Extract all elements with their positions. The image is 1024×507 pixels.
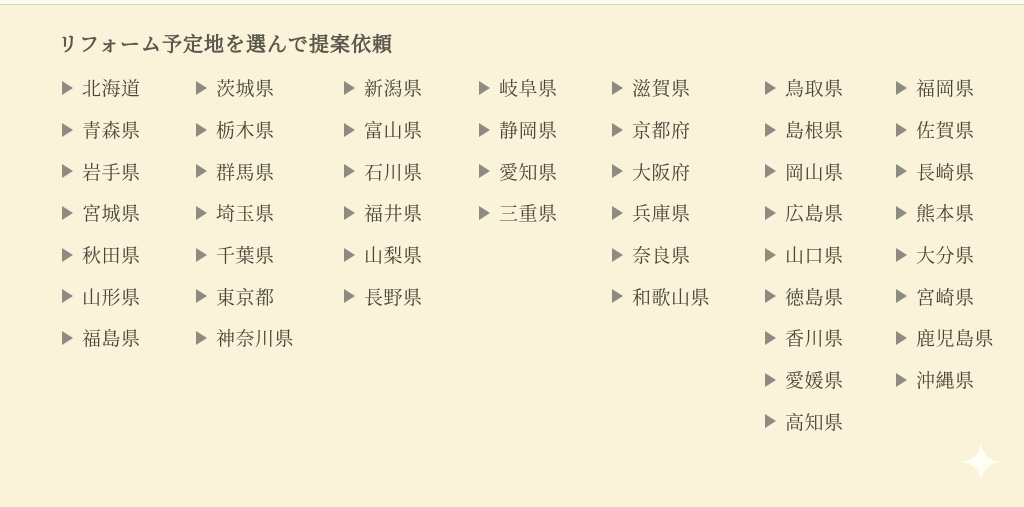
prefecture-item[interactable]: 石川県: [344, 150, 423, 192]
triangle-bullet-icon: [896, 331, 907, 345]
prefecture-item[interactable]: 青森県: [62, 109, 141, 151]
prefecture-label: 長崎県: [916, 158, 975, 185]
triangle-bullet-icon: [196, 206, 207, 220]
prefecture-item[interactable]: 長崎県: [896, 150, 994, 192]
prefecture-label: 徳島県: [785, 283, 844, 310]
prefecture-label: 三重県: [499, 199, 558, 226]
prefecture-item[interactable]: 岩手県: [62, 150, 141, 192]
prefecture-item[interactable]: 新潟県: [344, 67, 423, 109]
triangle-bullet-icon: [62, 81, 73, 95]
prefecture-list: 北海道青森県岩手県宮城県秋田県山形県福島県 茨城県栃木県群馬県埼玉県千葉県東京都…: [0, 67, 1024, 507]
prefecture-item[interactable]: 滋賀県: [612, 67, 710, 109]
prefecture-label: 宮崎県: [916, 283, 975, 310]
prefecture-item[interactable]: 埼玉県: [196, 192, 294, 234]
triangle-bullet-icon: [344, 289, 355, 303]
prefecture-label: 沖縄県: [916, 366, 975, 393]
prefecture-item[interactable]: 富山県: [344, 109, 423, 151]
prefecture-item[interactable]: 三重県: [479, 192, 558, 234]
prefecture-label: 千葉県: [216, 241, 275, 268]
prefecture-item[interactable]: 島根県: [765, 109, 844, 151]
triangle-bullet-icon: [344, 164, 355, 178]
triangle-bullet-icon: [765, 206, 776, 220]
prefecture-label: 新潟県: [364, 74, 423, 101]
triangle-bullet-icon: [344, 123, 355, 137]
prefecture-item[interactable]: 香川県: [765, 317, 844, 359]
prefecture-column: 滋賀県京都府大阪府兵庫県奈良県和歌山県: [612, 67, 710, 317]
prefecture-item[interactable]: 和歌山県: [612, 275, 710, 317]
triangle-bullet-icon: [612, 164, 623, 178]
prefecture-label: 福島県: [82, 324, 141, 351]
prefecture-label: 岡山県: [785, 158, 844, 185]
prefecture-column: 福岡県佐賀県長崎県熊本県大分県宮崎県鹿児島県沖縄県: [896, 67, 994, 401]
prefecture-label: 岐阜県: [499, 74, 558, 101]
triangle-bullet-icon: [479, 206, 490, 220]
prefecture-item[interactable]: 福岡県: [896, 67, 994, 109]
prefecture-item[interactable]: 京都府: [612, 109, 710, 151]
triangle-bullet-icon: [765, 289, 776, 303]
prefecture-item[interactable]: 山形県: [62, 275, 141, 317]
prefecture-column: 新潟県富山県石川県福井県山梨県長野県: [344, 67, 423, 317]
triangle-bullet-icon: [196, 123, 207, 137]
triangle-bullet-icon: [344, 248, 355, 262]
prefecture-item[interactable]: 宮崎県: [896, 275, 994, 317]
prefecture-item[interactable]: 秋田県: [62, 234, 141, 276]
triangle-bullet-icon: [765, 331, 776, 345]
triangle-bullet-icon: [62, 289, 73, 303]
triangle-bullet-icon: [344, 81, 355, 95]
prefecture-label: 秋田県: [82, 241, 141, 268]
prefecture-label: 熊本県: [916, 199, 975, 226]
triangle-bullet-icon: [765, 164, 776, 178]
triangle-bullet-icon: [196, 164, 207, 178]
triangle-bullet-icon: [765, 414, 776, 428]
prefecture-label: 静岡県: [499, 116, 558, 143]
triangle-bullet-icon: [62, 331, 73, 345]
prefecture-item[interactable]: 熊本県: [896, 192, 994, 234]
prefecture-label: 愛知県: [499, 158, 558, 185]
prefecture-label: 埼玉県: [216, 199, 275, 226]
prefecture-label: 長野県: [364, 283, 423, 310]
triangle-bullet-icon: [479, 123, 490, 137]
prefecture-item[interactable]: 大阪府: [612, 150, 710, 192]
prefecture-label: 茨城県: [216, 74, 275, 101]
prefecture-item[interactable]: 岡山県: [765, 150, 844, 192]
sparkle-icon: [960, 441, 1002, 483]
prefecture-label: 富山県: [364, 116, 423, 143]
prefecture-item[interactable]: 奈良県: [612, 234, 710, 276]
triangle-bullet-icon: [479, 81, 490, 95]
triangle-bullet-icon: [765, 373, 776, 387]
triangle-bullet-icon: [896, 373, 907, 387]
triangle-bullet-icon: [196, 248, 207, 262]
prefecture-column: 岐阜県静岡県愛知県三重県: [479, 67, 558, 234]
prefecture-label: 広島県: [785, 199, 844, 226]
triangle-bullet-icon: [896, 123, 907, 137]
prefecture-item[interactable]: 東京都: [196, 275, 294, 317]
triangle-bullet-icon: [196, 331, 207, 345]
prefecture-item[interactable]: 千葉県: [196, 234, 294, 276]
prefecture-label: 岩手県: [82, 158, 141, 185]
prefecture-selection-panel: リフォーム予定地を選んで提案依頼 北海道青森県岩手県宮城県秋田県山形県福島県 茨…: [0, 0, 1024, 507]
prefecture-label: 神奈川県: [216, 324, 294, 351]
prefecture-item[interactable]: 福井県: [344, 192, 423, 234]
top-divider: [0, 0, 1024, 5]
prefecture-label: 鳥取県: [785, 74, 844, 101]
prefecture-label: 佐賀県: [916, 116, 975, 143]
triangle-bullet-icon: [196, 289, 207, 303]
triangle-bullet-icon: [896, 81, 907, 95]
prefecture-label: 山梨県: [364, 241, 423, 268]
prefecture-item[interactable]: 宮城県: [62, 192, 141, 234]
prefecture-label: 山口県: [785, 241, 844, 268]
prefecture-item[interactable]: 群馬県: [196, 150, 294, 192]
triangle-bullet-icon: [196, 81, 207, 95]
triangle-bullet-icon: [896, 289, 907, 303]
prefecture-item[interactable]: 鳥取県: [765, 67, 844, 109]
prefecture-label: 大阪府: [632, 158, 691, 185]
prefecture-label: 島根県: [785, 116, 844, 143]
prefecture-item[interactable]: 兵庫県: [612, 192, 710, 234]
prefecture-item[interactable]: 長野県: [344, 275, 423, 317]
prefecture-item[interactable]: 岐阜県: [479, 67, 558, 109]
prefecture-label: 福井県: [364, 199, 423, 226]
prefecture-label: 高知県: [785, 408, 844, 435]
prefecture-label: 東京都: [216, 283, 275, 310]
page-title: リフォーム予定地を選んで提案依頼: [58, 28, 393, 57]
triangle-bullet-icon: [62, 206, 73, 220]
prefecture-item[interactable]: 大分県: [896, 234, 994, 276]
prefecture-item[interactable]: 鹿児島県: [896, 317, 994, 359]
prefecture-label: 福岡県: [916, 74, 975, 101]
prefecture-label: 奈良県: [632, 241, 691, 268]
triangle-bullet-icon: [62, 248, 73, 262]
triangle-bullet-icon: [765, 123, 776, 137]
prefecture-label: 大分県: [916, 241, 975, 268]
prefecture-item[interactable]: 北海道: [62, 67, 141, 109]
triangle-bullet-icon: [62, 123, 73, 137]
prefecture-item[interactable]: 愛知県: [479, 150, 558, 192]
triangle-bullet-icon: [765, 81, 776, 95]
prefecture-label: 群馬県: [216, 158, 275, 185]
prefecture-column: 北海道青森県岩手県宮城県秋田県山形県福島県: [62, 67, 141, 359]
triangle-bullet-icon: [612, 206, 623, 220]
prefecture-item[interactable]: 愛媛県: [765, 359, 844, 401]
prefecture-column: 鳥取県島根県岡山県広島県山口県徳島県香川県愛媛県高知県: [765, 67, 844, 442]
prefecture-item[interactable]: 神奈川県: [196, 317, 294, 359]
prefecture-label: 香川県: [785, 324, 844, 351]
prefecture-label: 栃木県: [216, 116, 275, 143]
prefecture-label: 宮城県: [82, 199, 141, 226]
prefecture-item[interactable]: 福島県: [62, 317, 141, 359]
prefecture-label: 和歌山県: [632, 283, 710, 310]
triangle-bullet-icon: [479, 164, 490, 178]
prefecture-item[interactable]: 沖縄県: [896, 359, 994, 401]
triangle-bullet-icon: [612, 248, 623, 262]
prefecture-item[interactable]: 山梨県: [344, 234, 423, 276]
prefecture-label: 石川県: [364, 158, 423, 185]
triangle-bullet-icon: [344, 206, 355, 220]
triangle-bullet-icon: [62, 164, 73, 178]
prefecture-item[interactable]: 栃木県: [196, 109, 294, 151]
prefecture-item[interactable]: 広島県: [765, 192, 844, 234]
prefecture-label: 愛媛県: [785, 366, 844, 393]
prefecture-item[interactable]: 佐賀県: [896, 109, 994, 151]
prefecture-column: 茨城県栃木県群馬県埼玉県千葉県東京都神奈川県: [196, 67, 294, 359]
prefecture-label: 青森県: [82, 116, 141, 143]
prefecture-label: 山形県: [82, 283, 141, 310]
triangle-bullet-icon: [896, 248, 907, 262]
prefecture-item[interactable]: 徳島県: [765, 275, 844, 317]
prefecture-item[interactable]: 山口県: [765, 234, 844, 276]
triangle-bullet-icon: [612, 123, 623, 137]
prefecture-label: 鹿児島県: [916, 324, 994, 351]
prefecture-label: 京都府: [632, 116, 691, 143]
prefecture-item[interactable]: 高知県: [765, 401, 844, 443]
prefecture-label: 北海道: [82, 74, 141, 101]
prefecture-item[interactable]: 静岡県: [479, 109, 558, 151]
prefecture-label: 兵庫県: [632, 199, 691, 226]
triangle-bullet-icon: [612, 289, 623, 303]
triangle-bullet-icon: [765, 248, 776, 262]
prefecture-label: 滋賀県: [632, 74, 691, 101]
triangle-bullet-icon: [896, 206, 907, 220]
triangle-bullet-icon: [896, 164, 907, 178]
prefecture-item[interactable]: 茨城県: [196, 67, 294, 109]
triangle-bullet-icon: [612, 81, 623, 95]
